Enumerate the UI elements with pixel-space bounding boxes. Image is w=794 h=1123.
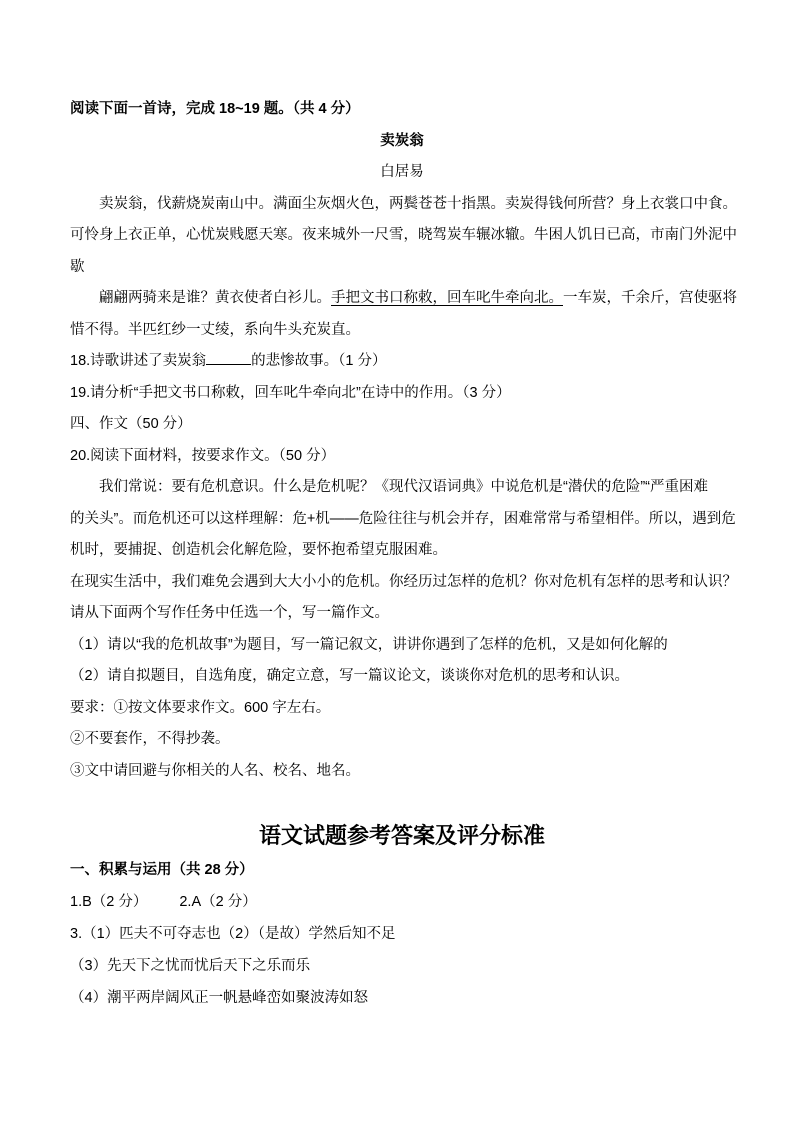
question-19: 19.请分析“手把文书口称敕，回车叱牛牵向北”在诗中的作用。（3 分） [70,378,734,410]
fill-in-blank-line [206,351,251,365]
poem-line: 惜不得。半匹红纱一丈绫，系向牛头充炭直。 [70,315,734,347]
section-heading-essay: 四、作文（50 分） [70,409,734,441]
requirement-line: 要求：①按文体要求作文。600 字左右。 [70,693,734,725]
material-line: 我们常说：要有危机意识。什么是危机呢？《现代汉语词典》中说危机是“潜伏的危险”“… [70,472,734,504]
material-line: 请从下面两个写作任务中任选一个，写一篇作文。 [70,598,734,630]
poem-line: 翩翩两骑来是谁？黄衣使者白衫儿。手把文书口称敕，回车叱牛牵向北。一车炭，千余斤，… [70,283,734,315]
underlined-verse: 手把文书口称敕，回车叱牛牵向北。 [331,290,563,306]
material-line: 机时，要捕捉、创造机会化解危险，要怀抱希望克服困难。 [70,535,734,567]
answers-title: 语文试题参考答案及评分标准 [70,818,734,854]
answer-3-line: （4）潮平两岸阔风正一帆悬峰峦如聚波涛如怒 [70,982,734,1014]
poem-line: 卖炭翁，伐薪烧炭南山中。满面尘灰烟火色，两鬓苍苍十指黑。卖炭得钱何所营？身上衣裳… [70,189,734,221]
answer-3-line: （3）先天下之忧而忧后天下之乐而乐 [70,950,734,982]
poem-author: 白居易 [70,157,734,189]
task-line: （1）请以“我的危机故事”为题目，写一篇记叙文，讲讲你遇到了怎样的危机，又是如何… [70,630,734,662]
question-18-text: 的悲惨故事。（1 分） [251,353,386,369]
poem-line: 可怜身上衣正单，心忧炭贱愿天寒。夜来城外一尺雪，晓驾炭车辗冰辙。牛困人饥日已高，… [70,220,734,252]
document-page: 阅读下面一首诗，完成 18~19 题。（共 4 分） 卖炭翁 白居易 卖炭翁，伐… [0,0,794,1123]
poem-line: 歇 [70,252,734,284]
verse-plain: 一车炭，千余斤，宫使驱将 [563,290,737,306]
verse-plain: 翩翩两骑来是谁？黄衣使者白衫儿。 [99,290,331,306]
material-line: 的关头”。而危机还可以这样理解：危+机——危险往往与机会并存，困难常常与希望相伴… [70,504,734,536]
poem-title: 卖炭翁 [70,126,734,158]
material-line: 在现实生活中，我们难免会遇到大大小小的危机。你经历过怎样的危机？你对危机有怎样的… [70,567,734,599]
answer-1: 1.B（2 分） [70,894,147,910]
answers-section-heading: 一、积累与运用（共 28 分） [70,854,734,886]
question-18: 18.诗歌讲述了卖炭翁的悲惨故事。（1 分） [70,346,734,378]
question-18-text: 18.诗歌讲述了卖炭翁 [70,353,206,369]
intro-line: 阅读下面一首诗，完成 18~19 题。（共 4 分） [70,94,734,126]
answer-3-line: 3.（1）匹夫不可夺志也（2）（是故）学然后知不足 [70,918,734,950]
question-20: 20.阅读下面材料，按要求作文。（50 分） [70,441,734,473]
task-line: （2）请自拟题目，自选角度，确定立意，写一篇议论文，谈谈你对危机的思考和认识。 [70,661,734,693]
answer-2: 2.A（2 分） [179,894,256,910]
answer-row-1-2: 1.B（2 分）2.A（2 分） [70,886,734,918]
requirement-line: ②不要套作，不得抄袭。 [70,724,734,756]
requirement-line: ③文中请回避与你相关的人名、校名、地名。 [70,756,734,788]
